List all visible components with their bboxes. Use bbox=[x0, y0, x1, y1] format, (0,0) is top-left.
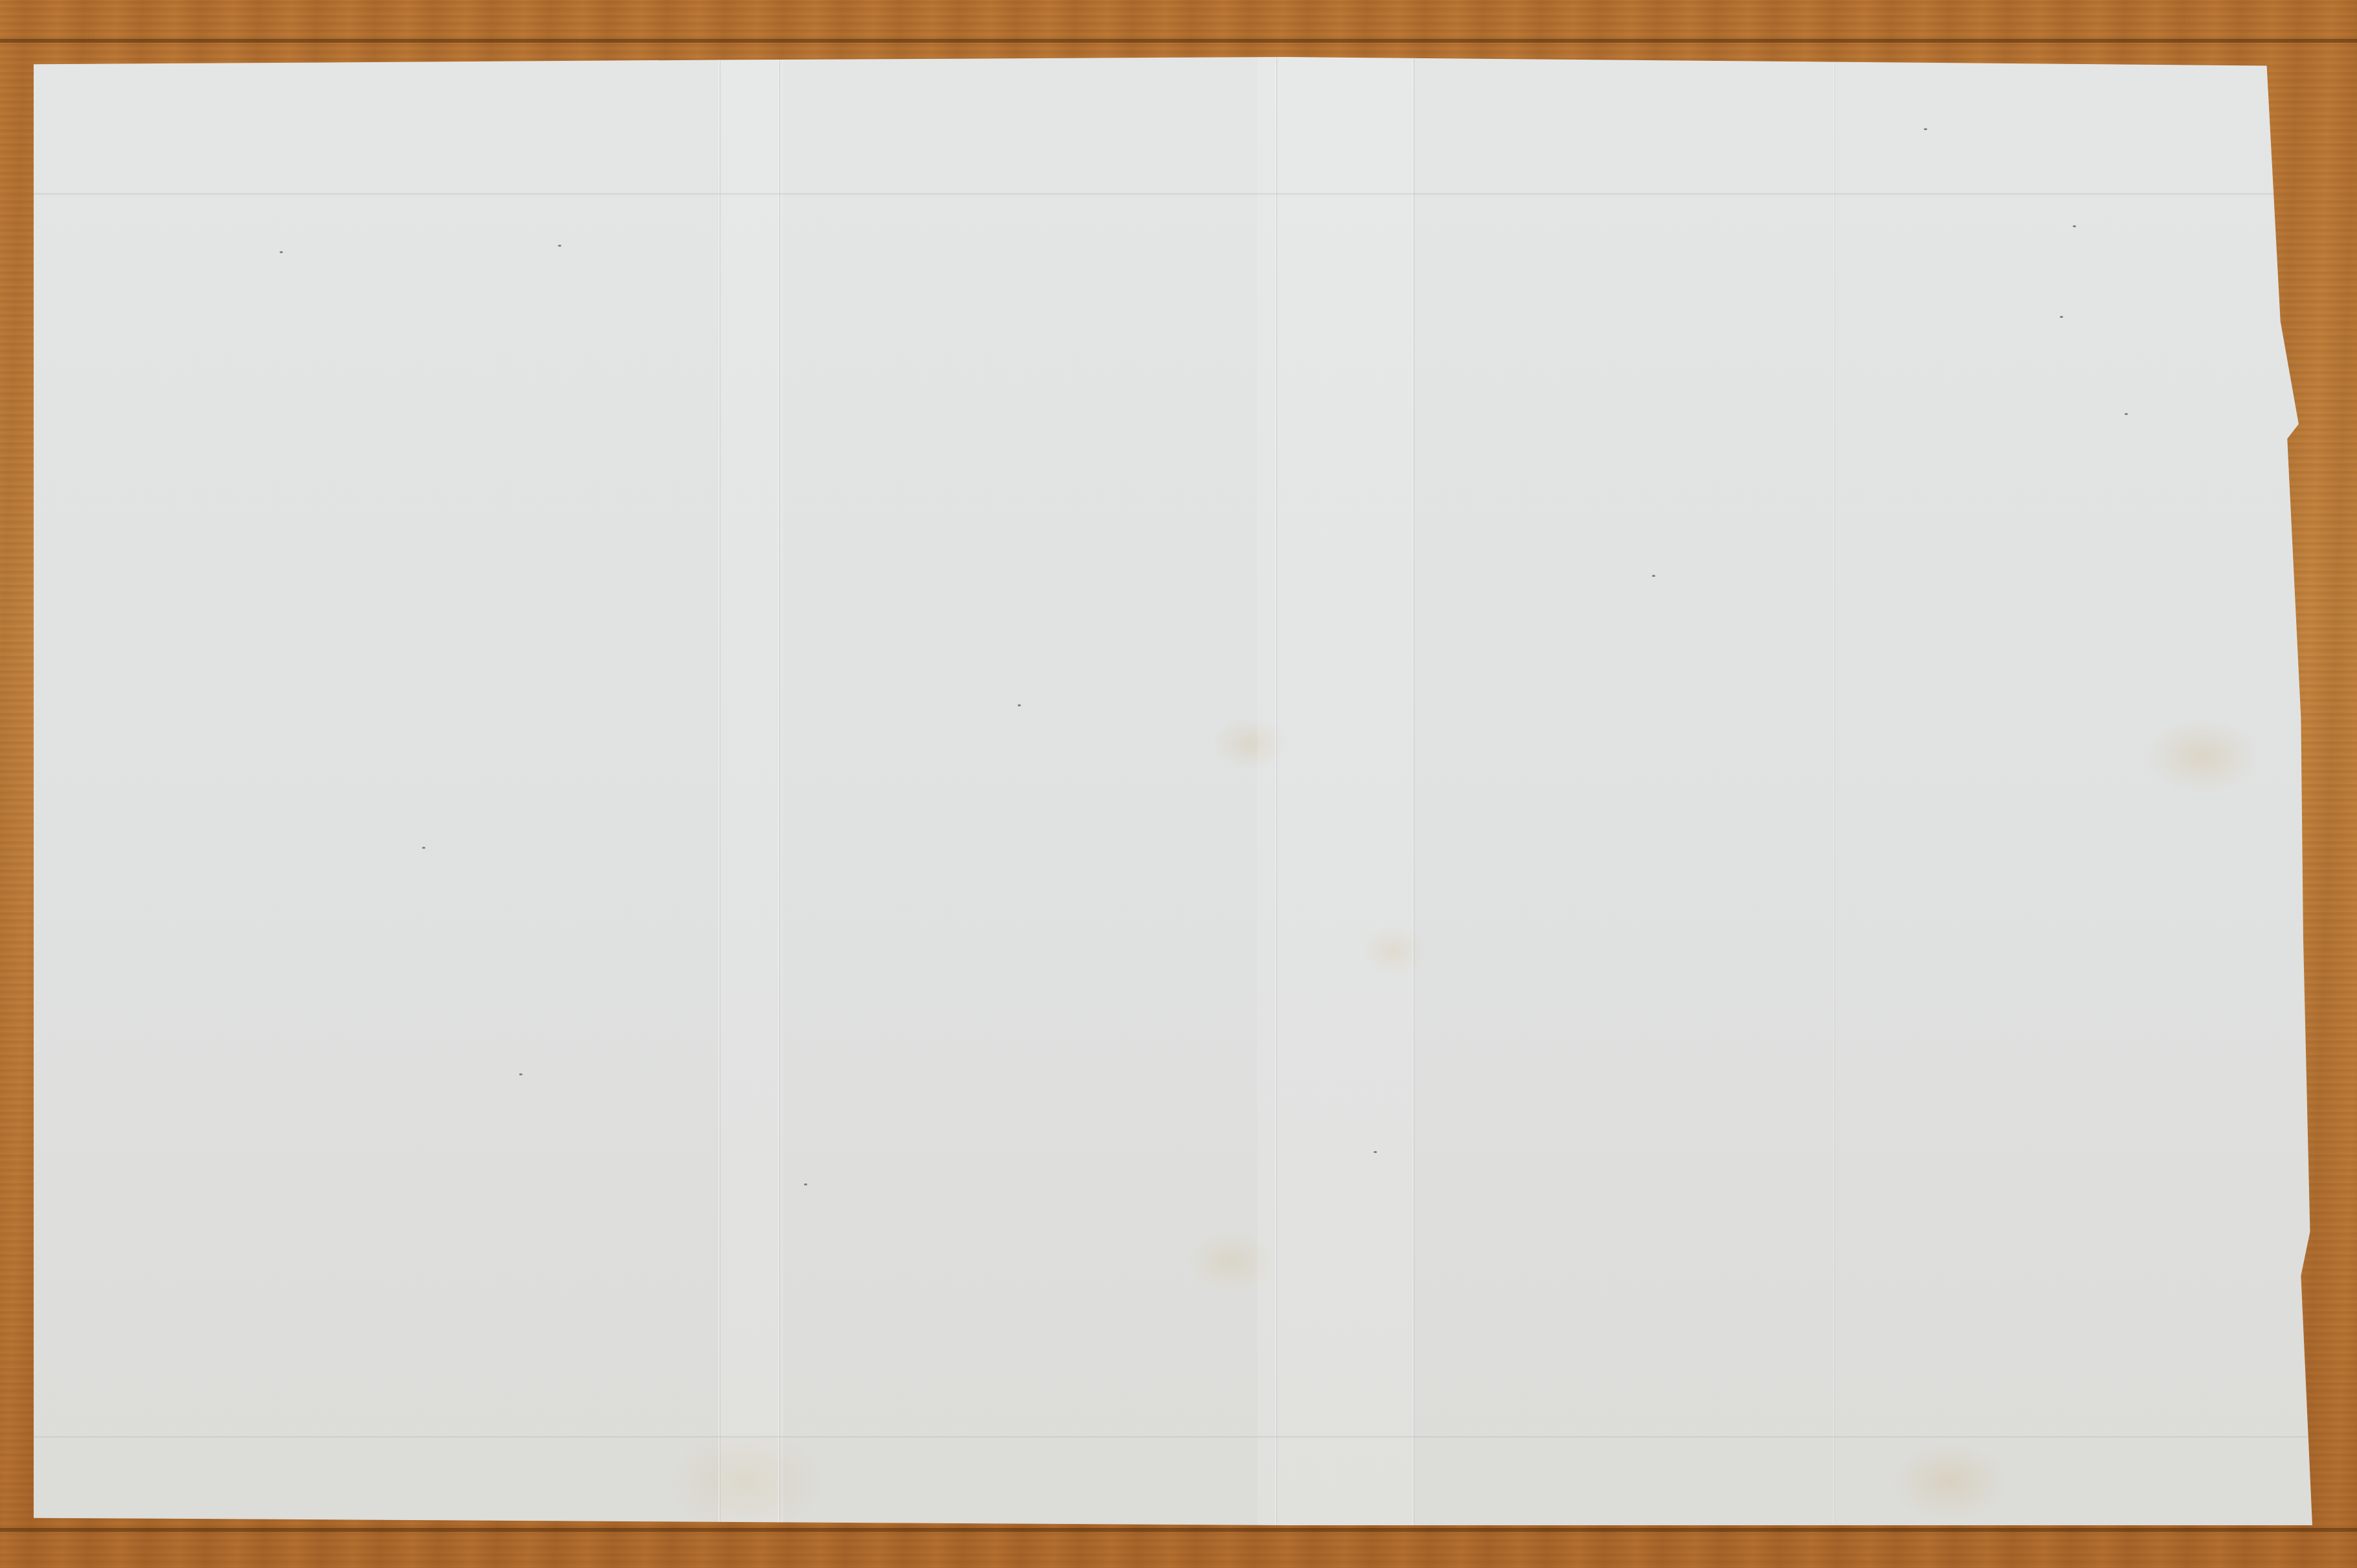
paper-fleck bbox=[422, 847, 425, 849]
plank-seam bbox=[0, 1528, 2357, 1532]
paper-fleck bbox=[519, 1073, 522, 1075]
paper-fleck bbox=[1924, 128, 1927, 130]
paper-fleck bbox=[1018, 704, 1021, 706]
plate-mark-line bbox=[34, 193, 2312, 195]
paper-fleck bbox=[558, 245, 561, 247]
paper-fleck bbox=[2060, 316, 2063, 318]
paper-fleck bbox=[804, 1183, 807, 1185]
fold-band bbox=[719, 57, 783, 1525]
paper-fleck bbox=[1374, 1151, 1377, 1153]
fold-band bbox=[1257, 57, 1413, 1525]
fold-crease bbox=[778, 57, 780, 1525]
plank-seam bbox=[0, 39, 2357, 43]
blank-paper-sheet bbox=[34, 57, 2312, 1525]
paper-fleck bbox=[2125, 413, 2128, 415]
fold-crease bbox=[719, 57, 721, 1525]
fold-crease bbox=[1413, 57, 1414, 1525]
fold-crease bbox=[1275, 57, 1277, 1525]
plate-mark-line bbox=[34, 1436, 2312, 1438]
fold-crease bbox=[1833, 57, 1835, 1525]
paper-fleck bbox=[280, 251, 283, 253]
paper-fleck bbox=[2073, 225, 2076, 227]
paper-fleck bbox=[1652, 575, 1655, 577]
